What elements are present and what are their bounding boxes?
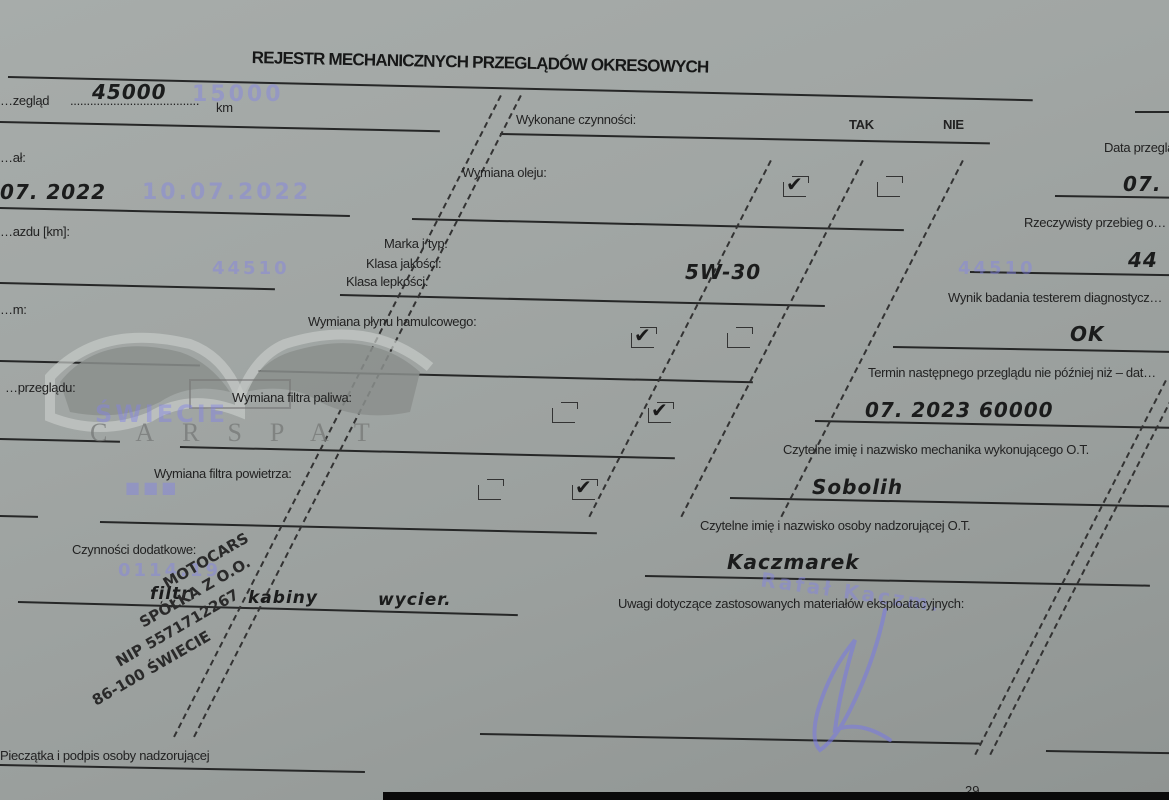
mileage-unit: km: [216, 100, 233, 115]
task-oil-no-checkbox[interactable]: [877, 182, 900, 197]
date-stamp: 10.07.2022: [142, 180, 311, 205]
checkmark-icon: ✔: [634, 323, 651, 347]
extra-tasks-label: Czynności dodatkowe:: [72, 542, 196, 557]
diagnostic-label: Wynik badania testerem diagnostycz…: [948, 290, 1162, 305]
column-yes-header: TAK: [849, 117, 874, 132]
oil-viscosity-label: Klasa lepkości:: [346, 274, 428, 289]
supervisor-value: Kaczmarek: [727, 550, 860, 574]
divider: [1135, 111, 1169, 113]
actual-mileage-label: Rzeczywisty przebieg o…: [1024, 215, 1166, 230]
mileage-value: 45000: [92, 80, 167, 104]
next-inspection-value: 07. 2023 60000: [865, 398, 1054, 422]
actual-mileage-value: 44: [1128, 248, 1158, 272]
task-fuel-filter-yes-checkbox[interactable]: [552, 408, 575, 423]
signature-label: Pieczątka i podpis osoby nadzorującej: [0, 748, 209, 763]
mileage-stamp: 15000: [192, 82, 284, 107]
signature-scribble: [780, 600, 910, 760]
inspection-date-label: Data przeglądu: [1104, 140, 1169, 155]
date-value: 07. 2022: [0, 180, 106, 204]
task-air-filter-no-checkbox[interactable]: ✔: [572, 485, 595, 500]
task-brake-no-checkbox[interactable]: [727, 333, 750, 348]
next-inspection-label: Termin następnego przeglądu nie później …: [868, 365, 1156, 380]
mechanic-label: Czytelne imię i nazwisko mechanika wykon…: [783, 442, 1089, 457]
supervisor-label: Czytelne imię i nazwisko osoby nadzorują…: [700, 518, 970, 533]
task-fuel-filter-no-checkbox[interactable]: ✔: [648, 408, 671, 423]
date-label: …ał:: [0, 150, 26, 165]
oil-brand-label: Marka i typ:: [384, 236, 448, 251]
mileage-label: …zegląd: [0, 93, 49, 108]
tasks-header: Wykonane czynności:: [516, 112, 636, 127]
odometer-stamp: 44510: [212, 258, 290, 279]
task-brake-yes-checkbox[interactable]: ✔: [631, 333, 654, 348]
task-air-filter-label: Wymiana filtra powietrza:: [154, 466, 292, 481]
oil-quality-label: Klasa jakości:: [366, 256, 441, 271]
oil-value: 5W-30: [685, 260, 761, 284]
task-oil-label: Wymiana oleju:: [462, 165, 547, 180]
odometer-label: …azdu [km]:: [0, 224, 70, 239]
task-oil-yes-checkbox[interactable]: ✔: [783, 182, 806, 197]
task-air-filter-yes-checkbox[interactable]: [478, 485, 501, 500]
field-label: …m:: [0, 302, 27, 317]
actual-mileage-stamp: 44510: [958, 258, 1036, 279]
inspection-date-value: 07.: [1123, 172, 1161, 196]
field-label: …przeglądu:: [5, 380, 75, 395]
checkmark-icon: ✔: [786, 172, 803, 196]
location-stamp: ŚWIECIE: [95, 400, 228, 428]
extra-task-3: wycier.: [378, 590, 452, 610]
checkmark-icon: ✔: [651, 398, 668, 422]
photo-edge: [383, 792, 1169, 800]
column-no-header: NIE: [943, 117, 964, 132]
diagnostic-value: OK: [1070, 322, 1105, 346]
checkmark-icon: ✔: [575, 475, 592, 499]
task-fuel-filter-label: Wymiana filtra paliwa:: [232, 390, 352, 405]
mechanic-value: Sobolih: [812, 475, 903, 499]
task-brake-label: Wymiana płynu hamulcowego:: [308, 314, 476, 329]
